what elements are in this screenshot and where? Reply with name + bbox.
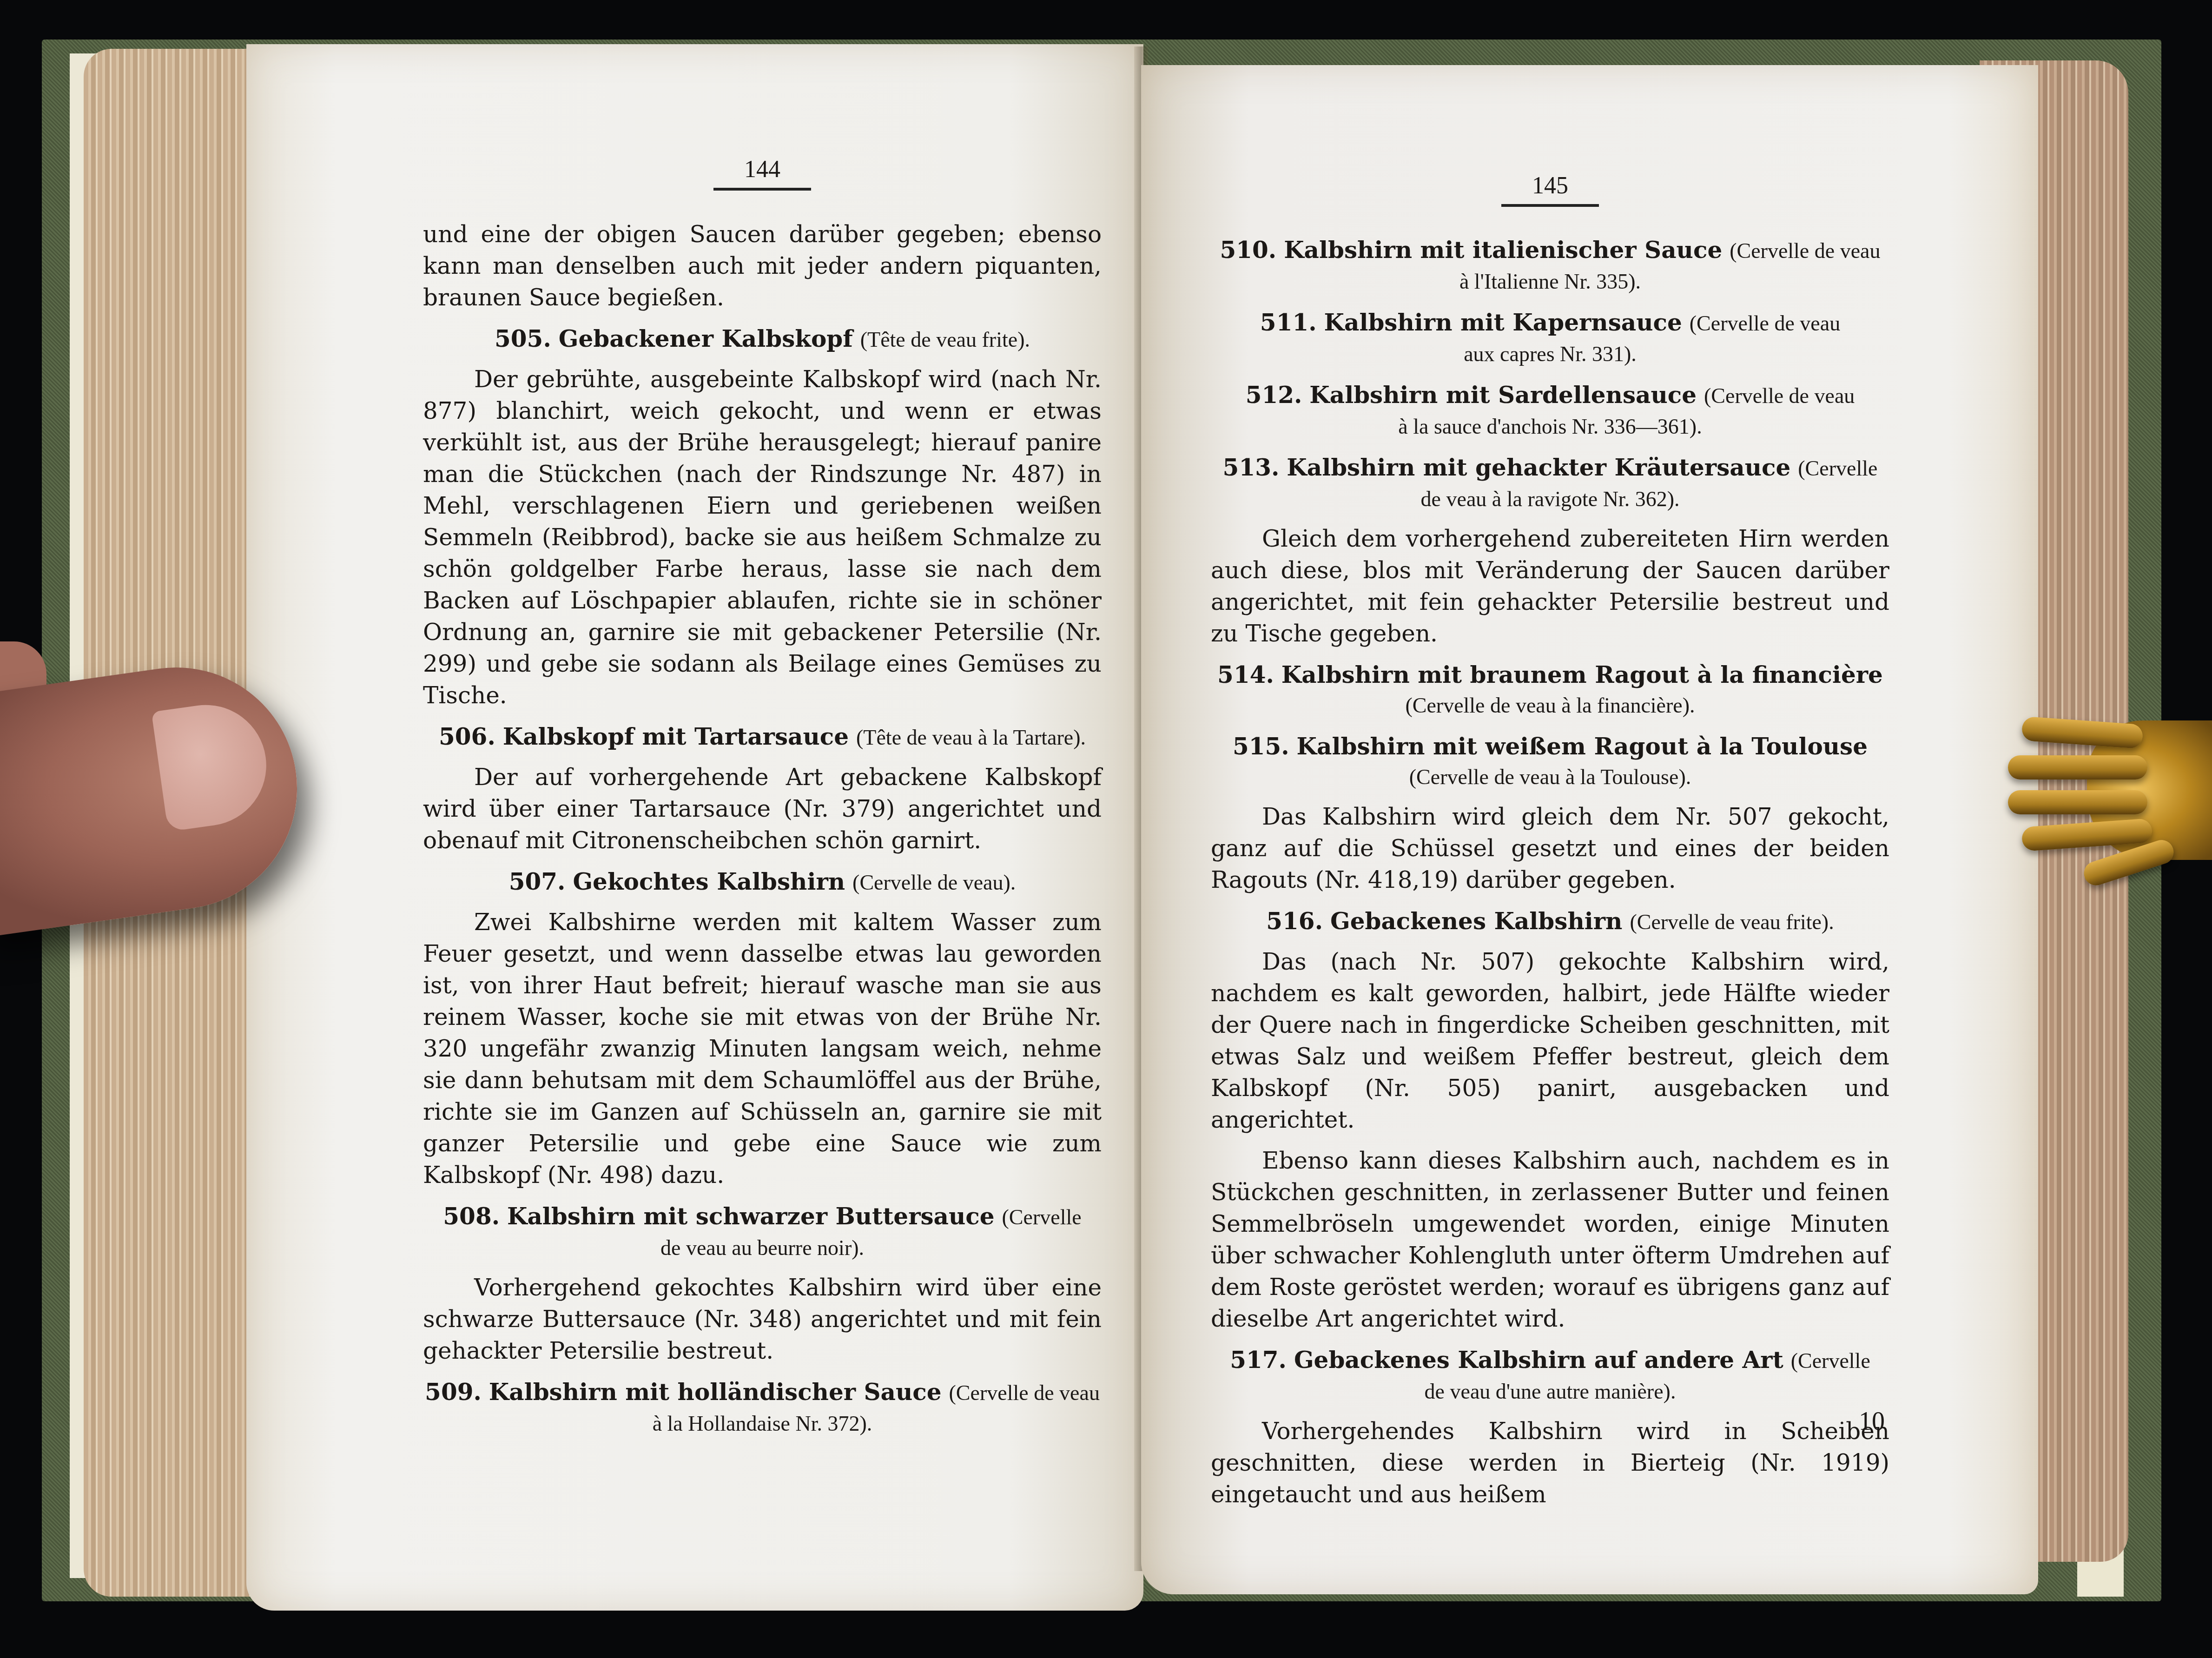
recipe-french-title-cont: à la sauce d'anchois Nr. 336—361). xyxy=(1211,411,1889,442)
right-page: 145 510. Kalbshirn mit italienischer Sau… xyxy=(1141,65,2038,1594)
recipe-number: 514. xyxy=(1217,661,1274,688)
recipe-french-title: (Cervelle xyxy=(1791,1349,1870,1373)
paragraph: Gleich dem vorhergehend zubereiteten Hir… xyxy=(1211,523,1889,649)
recipe-french-title-cont: de veau au beurre noir). xyxy=(423,1233,1102,1263)
recipe-heading-517: 517. Gebackenes Kalbshirn auf andere Art… xyxy=(1211,1345,1889,1407)
recipe-title: Gebackener Kalbskopf xyxy=(559,325,853,352)
page-number: 144 xyxy=(423,156,1102,183)
left-page: 144 und eine der obigen Saucen darüber g… xyxy=(246,44,1143,1611)
recipe-title: Gebackenes Kalbshirn auf andere Art xyxy=(1294,1346,1783,1374)
recipe-french-title-cont: à la Hollandaise Nr. 372). xyxy=(423,1408,1102,1439)
recipe-french-title: (Cervelle de veau). xyxy=(852,871,1016,894)
brass-hand-clamp xyxy=(1985,707,2212,874)
paragraph: Das Kalbshirn wird gleich dem Nr. 507 ge… xyxy=(1211,801,1889,896)
recipe-heading-510: 510. Kalbshirn mit italienischer Sauce (… xyxy=(1211,235,1889,297)
recipe-french-title-cont: à l'Italienne Nr. 335). xyxy=(1211,266,1889,297)
recipe-french-title-cont: de veau d'une autre manière). xyxy=(1211,1376,1889,1407)
recipe-french-title: (Cervelle de veau xyxy=(1730,239,1880,263)
recipe-heading-507: 507. Gekochtes Kalbshirn (Cervelle de ve… xyxy=(423,866,1102,898)
recipe-heading-514: 514. Kalbshirn mit braunem Ragout à la f… xyxy=(1211,660,1889,721)
clamp-finger xyxy=(2021,716,2144,749)
recipe-heading-505: 505. Gebackener Kalbskopf (Tête de veau … xyxy=(423,324,1102,355)
recipe-heading-509: 509. Kalbshirn mit holländischer Sauce (… xyxy=(423,1377,1102,1439)
recipe-heading-513: 513. Kalbshirn mit gehackter Kräutersauc… xyxy=(1211,452,1889,515)
recipe-french-title: (Cervelle xyxy=(1002,1205,1082,1229)
left-page-text: 144 und eine der obigen Saucen darüber g… xyxy=(423,156,1102,1447)
recipe-french-title: (Cervelle xyxy=(1798,456,1877,480)
recipe-heading-508: 508. Kalbshirn mit schwarzer Buttersauce… xyxy=(423,1201,1102,1263)
recipe-title: Kalbshirn mit weißem Ragout à la Toulous… xyxy=(1297,733,1868,760)
paragraph: Vorhergehendes Kalbshirn wird in Scheibe… xyxy=(1211,1415,1889,1510)
recipe-heading-512: 512. Kalbshirn mit Sardellensauce (Cerve… xyxy=(1211,380,1889,442)
paragraph: Vorhergehend gekochtes Kalbshirn wird üb… xyxy=(423,1272,1102,1367)
recipe-french-title: (Tête de veau frite). xyxy=(860,328,1030,351)
recipe-number: 512. xyxy=(1246,381,1302,409)
recipe-number: 513. xyxy=(1223,454,1280,481)
paragraph: Ebenso kann dieses Kalbshirn auch, nachd… xyxy=(1211,1145,1889,1334)
paragraph: Der auf vorhergehende Art gebackene Kalb… xyxy=(423,761,1102,856)
thumbnail-nail xyxy=(152,697,274,832)
recipe-number: 510. xyxy=(1220,236,1276,264)
recipe-french-title-cont: aux capres Nr. 331). xyxy=(1211,339,1889,370)
recipe-french-title: (Cervelle de veau xyxy=(1690,311,1840,335)
recipe-french-title: (Tête de veau à la Tartare). xyxy=(856,726,1086,749)
recipe-heading-511: 511. Kalbshirn mit Kapernsauce (Cervelle… xyxy=(1211,307,1889,370)
recipe-title: Kalbshirn mit holländischer Sauce xyxy=(489,1378,942,1406)
signature-mark: 10 xyxy=(1859,1407,1885,1436)
recipe-number: 505. xyxy=(495,325,551,352)
paragraph: Der gebrühte, ausgebeinte Kalbskopf wird… xyxy=(423,363,1102,711)
recipe-title: Kalbshirn mit braunem Ragout à la financ… xyxy=(1281,661,1883,688)
recipe-heading-506: 506. Kalbskopf mit Tartarsauce (Tête de … xyxy=(423,721,1102,753)
recipe-french-title: (Cervelle de veau frite). xyxy=(1630,910,1834,934)
recipe-heading-516: 516. Gebackenes Kalbshirn (Cervelle de v… xyxy=(1211,906,1889,938)
recipe-title: Gebackenes Kalbshirn xyxy=(1330,907,1623,935)
recipe-number: 506. xyxy=(439,723,495,750)
recipe-title: Kalbshirn mit Sardellensauce xyxy=(1309,381,1697,409)
right-page-text: 145 510. Kalbshirn mit italienischer Sau… xyxy=(1211,172,1889,1519)
clamp-finger xyxy=(2008,790,2147,814)
recipe-number: 511. xyxy=(1260,309,1317,336)
recipe-title: Kalbshirn mit schwarzer Buttersauce xyxy=(507,1202,995,1230)
paragraph: Zwei Kalbshirne werden mit kaltem Wasser… xyxy=(423,906,1102,1191)
recipe-number: 508. xyxy=(443,1202,500,1230)
recipe-french-title-cont: (Cervelle de veau à la Toulouse). xyxy=(1211,762,1889,793)
recipe-number: 517. xyxy=(1230,1346,1287,1374)
page-number-rule xyxy=(713,188,811,191)
recipe-title: Kalbshirn mit Kapernsauce xyxy=(1324,309,1682,336)
recipe-number: 516. xyxy=(1266,907,1323,935)
paragraph: Das (nach Nr. 507) gekochte Kalbshirn wi… xyxy=(1211,946,1889,1136)
page-number-rule xyxy=(1501,204,1599,207)
recipe-french-title: (Cervelle de veau xyxy=(949,1381,1100,1405)
recipe-title: Kalbshirn mit gehackter Kräutersauce xyxy=(1287,454,1790,481)
recipe-title: Gekochtes Kalbshirn xyxy=(573,868,845,895)
paragraph: und eine der obigen Saucen darüber gegeb… xyxy=(423,218,1102,313)
photo-scene: 144 und eine der obigen Saucen darüber g… xyxy=(0,0,2212,1658)
recipe-french-title: (Cervelle de veau xyxy=(1704,384,1855,408)
recipe-title: Kalbskopf mit Tartarsauce xyxy=(503,723,849,750)
page-number: 145 xyxy=(1211,172,1889,199)
recipe-number: 507. xyxy=(509,868,566,895)
recipe-french-title-cont: (Cervelle de veau à la financière). xyxy=(1211,690,1889,721)
recipe-title: Kalbshirn mit italienischer Sauce xyxy=(1284,236,1722,264)
recipe-number: 515. xyxy=(1233,733,1289,760)
recipe-french-title-cont: de veau à la ravigote Nr. 362). xyxy=(1211,484,1889,515)
clamp-finger xyxy=(2008,755,2147,779)
recipe-heading-515: 515. Kalbshirn mit weißem Ragout à la To… xyxy=(1211,731,1889,793)
recipe-number: 509. xyxy=(425,1378,482,1406)
